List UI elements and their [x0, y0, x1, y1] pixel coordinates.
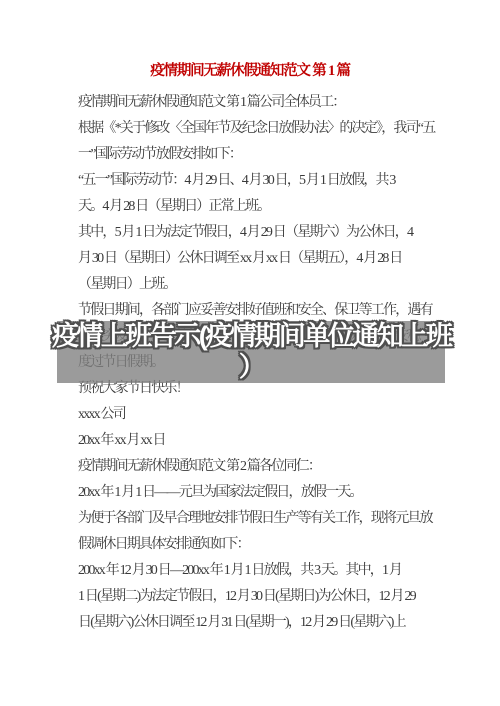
page: { "document": { "title": { "text": "疫情期间… — [0, 0, 500, 706]
doc-line-1: 疫情期间无薪休假通知范文 第 1 篇公司全体员工： — [78, 90, 430, 116]
doc-line-3: 一”国际劳动节放假安排如下： — [78, 142, 430, 168]
doc-line-21: 日(星期六)公休日调至 12 月 31 日(星期一)，12 月 29 日(星期六… — [78, 610, 430, 636]
document-page: 疫情期间无薪休假通知范文 第 1 篇 疫情期间无薪休假通知范文 第 1 篇公司全… — [0, 0, 500, 706]
document-title: 疫情期间无薪休假通知范文 第 1 篇 — [0, 58, 500, 84]
doc-line-20: 1 日(星期二)为法定节假日，12 月 30 日(星期日)为公休日，12 月 2… — [78, 584, 430, 610]
doc-line-7: 月 30 日（星期日）公休日调至 xx 月 xx 日（星期五），4 月 28 日 — [78, 246, 430, 272]
doc-line-2: 根据《*关于修改〈全国年节及纪念日放假办法〉的决定》，我司“五 — [78, 116, 430, 142]
watermark-text-line1: 疫情上班告示(疫情期间单位通知上班 — [52, 321, 451, 352]
watermark-banner: 疫情上班告示(疫情期间单位通知上班 ） — [57, 321, 445, 383]
doc-line-16: 20xx 年 1 月 1 日——元旦为国家法定假日，放假一天。 — [78, 480, 430, 506]
doc-line-6: 其中，5 月 1 日为法定节假日，4 月 29 日（星期六）为公休日，4 — [78, 220, 430, 246]
watermark-text-line2: ） — [239, 352, 264, 383]
doc-line-4: “五一”国际劳动节：4 月 29 日、4 月 30 日，5 月 1 日放假，共 … — [78, 168, 430, 194]
doc-line-19: 200xx 年 12 月 30 日—200xx 年 1 月 1 日放假，共 3 … — [78, 558, 430, 584]
doc-line-18: 假调休日期具体安排通知如下： — [78, 532, 430, 558]
doc-line-13: xxxx 公司 — [78, 402, 430, 428]
doc-line-17: 为便于各部门及早合理地安排节假日生产等有关工作，现将元旦放 — [78, 506, 430, 532]
doc-line-5: 天。4 月 28 日（星期日）正常上班。 — [78, 194, 430, 220]
doc-line-8: （星期日）上班。 — [78, 272, 430, 298]
doc-line-14: 20xx 年 xx 月 xx 日 — [78, 428, 430, 454]
doc-line-15: 疫情期间无薪休假通知范文 第 2 篇各位同仁： — [78, 454, 430, 480]
